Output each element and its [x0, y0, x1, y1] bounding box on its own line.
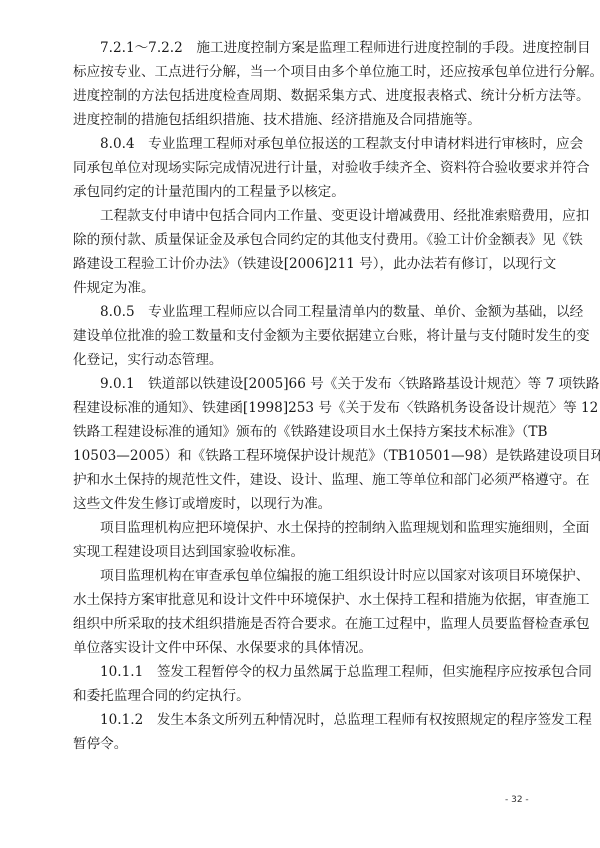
text-line: 建设单位批准的验工数量和支付金额为主要依据建立台账，将计量与支付随时发生的变: [73, 324, 529, 348]
paragraph-10-1-2: 10.1.2 发生本条文所列五种情况时，总监理工程师有权按照规定的程序签发工程 …: [73, 708, 529, 756]
text-line: 进度控制的措施包括组织措施、技术措施、经济措施及合同措施等。: [73, 108, 529, 132]
text-line: 项目监理机构应把环境保护、水土保持的控制纳入监理规划和监理实施细则，全面: [73, 516, 529, 540]
text-line: 8.0.5 专业监理工程师应以合同工程量清单内的数量、单价、金额为基础，以经: [73, 300, 529, 324]
text-line: 件规定为准。: [73, 276, 529, 300]
text-line: 程建设标准的通知》、铁建函[1998]253 号《关于发布〈铁路机务设备设计规范…: [73, 396, 529, 420]
paragraph-9-0-1-note-1: 项目监理机构应把环境保护、水土保持的控制纳入监理规划和监理实施细则，全面 实现工…: [73, 516, 529, 564]
paragraph-9-0-1-note-2: 项目监理机构在审查承包单位编报的施工组织设计时应以国家对该项目环境保护、 水土保…: [73, 564, 529, 660]
paragraph-10-1-1: 10.1.1 签发工程暂停令的权力虽然属于总监理工程师，但实施程序应按承包合同 …: [73, 660, 529, 708]
text-line: 10.1.2 发生本条文所列五种情况时，总监理工程师有权按照规定的程序签发工程: [73, 708, 529, 732]
text-line: 9.0.1 铁道部以铁建设[2005]66 号《关于发布〈铁路路基设计规范〉等 …: [73, 372, 529, 396]
paragraph-8-0-4-note: 工程款支付申请中包括合同内工作量、变更设计增减费用、经批准索赔费用，应扣 除的预…: [73, 204, 529, 300]
text-line: 10503—2005）和《铁路工程环境保护设计规范》（TB10501—98）是铁…: [73, 444, 529, 468]
text-line: 标应按专业、工点进行分解，当一个项目由多个单位施工时，还应按承包单位进行分解。: [73, 60, 529, 84]
text-line: 组织中所采取的技术组织措施是否符合要求。在施工过程中，监理人员要监督检查承包: [73, 612, 529, 636]
text-line: 10.1.1 签发工程暂停令的权力虽然属于总监理工程师，但实施程序应按承包合同: [73, 660, 529, 684]
text-line: 7.2.1～7.2.2 施工进度控制方案是监理工程师进行进度控制的手段。进度控制…: [73, 36, 529, 60]
paragraph-9-0-1: 9.0.1 铁道部以铁建设[2005]66 号《关于发布〈铁路路基设计规范〉等 …: [73, 372, 529, 516]
document-body: 7.2.1～7.2.2 施工进度控制方案是监理工程师进行进度控制的手段。进度控制…: [73, 36, 529, 756]
text-line: 工程款支付申请中包括合同内工作量、变更设计增减费用、经批准索赔费用，应扣: [73, 204, 529, 228]
document-page: 7.2.1～7.2.2 施工进度控制方案是监理工程师进行进度控制的手段。进度控制…: [0, 0, 600, 848]
text-line: 这些文件发生修订或增废时，以现行为准。: [73, 492, 529, 516]
page-number: - 32 -: [505, 795, 529, 805]
text-line: 化登记，实行动态管理。: [73, 348, 529, 372]
text-line: 承包同约定的计量范围内的工程量予以核定。: [73, 180, 529, 204]
text-line: 铁路工程建设标准的通知》颁布的《铁路建设项目水土保持方案技术标准》（TB: [73, 420, 529, 444]
text-line: 护和水土保持的规范性文件，建设、设计、监理、施工等单位和部门必须严格遵守。在: [73, 468, 529, 492]
paragraph-8-0-5: 8.0.5 专业监理工程师应以合同工程量清单内的数量、单价、金额为基础，以经 建…: [73, 300, 529, 372]
text-line: 同承包单位对现场实际完成情况进行计量，对验收手续齐全、资料符合验收要求并符合: [73, 156, 529, 180]
text-line: 路建设工程验工计价办法》（铁建设[2006]211 号），此办法若有修订，以现行…: [73, 252, 529, 276]
text-line: 除的预付款、质量保证金及承包合同约定的其他支付费用。《验工计价金额表》见《铁: [73, 228, 529, 252]
paragraph-7-2-1: 7.2.1～7.2.2 施工进度控制方案是监理工程师进行进度控制的手段。进度控制…: [73, 36, 529, 132]
text-line: 水土保持方案审批意见和设计文件中环境保护、水土保持工程和措施为依据，审查施工: [73, 588, 529, 612]
paragraph-8-0-4: 8.0.4 专业监理工程师对承包单位报送的工程款支付申请材料进行审核时，应会 同…: [73, 132, 529, 204]
text-line: 项目监理机构在审查承包单位编报的施工组织设计时应以国家对该项目环境保护、: [73, 564, 529, 588]
text-line: 和委托监理合同的约定执行。: [73, 684, 529, 708]
text-line: 实现工程建设项目达到国家验收标准。: [73, 540, 529, 564]
text-line: 暂停令。: [73, 732, 529, 756]
text-line: 单位落实设计文件中环保、水保要求的具体情况。: [73, 636, 529, 660]
text-line: 8.0.4 专业监理工程师对承包单位报送的工程款支付申请材料进行审核时，应会: [73, 132, 529, 156]
text-line: 进度控制的方法包括进度检查周期、数据采集方式、进度报表格式、统计分析方法等。: [73, 84, 529, 108]
